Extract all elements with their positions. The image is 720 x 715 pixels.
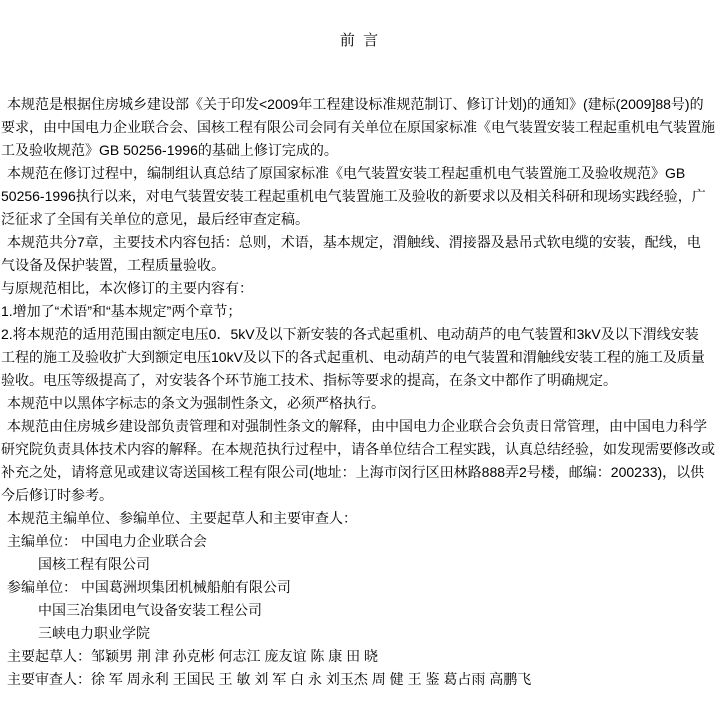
document-title: 前 言 (0, 0, 720, 49)
text-line: 2.将本规范的适用范围由额定电压0．5kV及以下新安装的各式起重机、电动葫芦的电… (0, 323, 720, 346)
text-line: 本规范共分7章，主要技术内容包括：总则，术语，基本规定，渭触线、渭接器及悬吊式软… (0, 231, 720, 254)
text-line: 气设备及保护装置，工程质量验收。 (0, 254, 720, 277)
text-line: 中国三冶集团电气设备安装工程公司 (0, 599, 720, 622)
text-line: 本规范在修订过程中，编制组认真总结了原国家标准《电气装置安装工程起重机电气装置施… (0, 162, 720, 185)
document-page: 前 言 本规范是根据住房城乡建设部《关于印发<2009年工程建设标准规范制订、修… (0, 0, 720, 715)
text-line: 参编单位： 中国葛洲坝集团机械船舶有限公司 (0, 576, 720, 599)
text-line: 主要审查人：徐 军 周永利 王国民 王 敏 刘 军 白 永 刘玉杰 周 健 王 … (0, 668, 720, 691)
text-line: 主要起草人：邹颖男 荆 津 孙克彬 何志江 庞友谊 陈 康 田 晓 (0, 645, 720, 668)
text-line: 与原规范相比，本次修订的主要内容有： (0, 277, 720, 300)
text-line: 工程的施工及验收扩大到额定电压10kV及以下的各式起重机、电动葫芦的电气装置和渭… (0, 346, 720, 369)
text-line: 本规范主编单位、参编单位、主要起草人和主要审查人： (0, 507, 720, 530)
text-line: 本规范是根据住房城乡建设部《关于印发<2009年工程建设标准规范制订、修订计划)… (0, 93, 720, 116)
text-line: 要求，由中国电力企业联合会、国核工程有限公司会同有关单位在原国家标准《电气装置安… (0, 116, 720, 139)
text-line: 泛征求了全国有关单位的意见，最后经审查定稿。 (0, 208, 720, 231)
text-line: 补充之处，请将意见或建议寄送国核工程有限公司(地址：上海市闵行区田林路888弄2… (0, 461, 720, 484)
text-line: 工及验收规范》GB 50256-1996的基础上修订完成的。 (0, 139, 720, 162)
text-line: 三峡电力职业学院 (0, 622, 720, 645)
text-line: 验收。电压等级提高了，对安装各个环节施工技术、指标等要求的提高，在条文中都作了明… (0, 369, 720, 392)
text-line: 国核工程有限公司 (0, 553, 720, 576)
document-body: 本规范是根据住房城乡建设部《关于印发<2009年工程建设标准规范制订、修订计划)… (0, 93, 720, 691)
text-line: 本规范由住房城乡建设部负责管理和对强制性条文的解释，由中国电力企业联合会负责日常… (0, 415, 720, 438)
text-line: 50256-1996执行以来，对电气装置安装工程起重机电气装置施工及验收的新要求… (0, 185, 720, 208)
text-line: 1.增加了“术语”和“基本规定”两个章节； (0, 300, 720, 323)
text-line: 今后修订时参考。 (0, 484, 720, 507)
text-line: 研究院负责具体技术内容的解释。在本规范执行过程中，请各单位结合工程实践，认真总结… (0, 438, 720, 461)
text-line: 主编单位： 中国电力企业联合会 (0, 530, 720, 553)
text-line: 本规范中以黑体字标志的条文为强制性条文，必须严格执行。 (0, 392, 720, 415)
